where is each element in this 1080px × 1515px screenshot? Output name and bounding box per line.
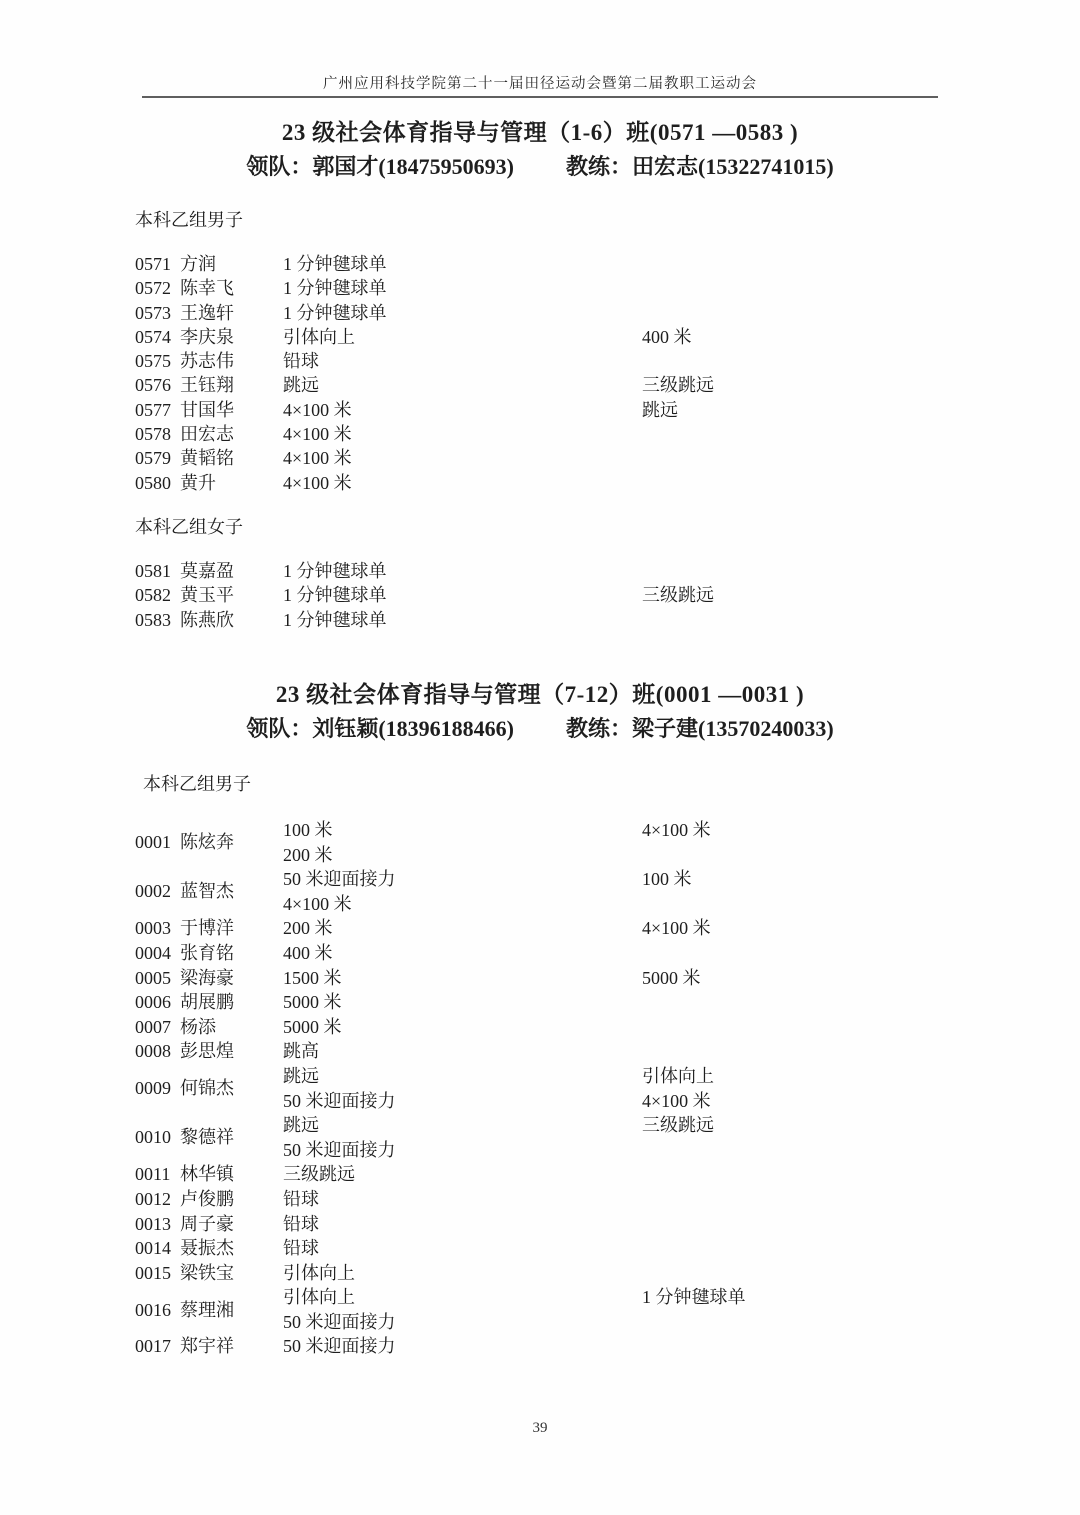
events-secondary: 4×100 米: [642, 818, 1080, 867]
athlete-number: 0579: [135, 446, 180, 470]
athlete-number: 0011: [135, 1162, 180, 1187]
class-block: 23 级社会体育指导与管理（7-12）班(0001 —0031 )领队：刘钰颖(…: [0, 680, 1080, 1359]
events-primary: 引体向上50 米迎面接力: [283, 1285, 642, 1334]
events-primary: 4×100 米: [283, 422, 642, 446]
athlete-number: 0017: [135, 1334, 180, 1359]
athlete-number: 0015: [135, 1261, 180, 1286]
events-primary: 跳远50 米迎面接力: [283, 1064, 642, 1113]
events-primary: 5000 米: [283, 1015, 642, 1040]
athlete-number: 0002: [135, 879, 180, 904]
athlete-row: 0010黎德祥跳远50 米迎面接力三级跳远: [0, 1113, 1080, 1162]
event-primary: 50 米迎面接力: [283, 1334, 642, 1359]
events-secondary: [642, 1261, 1080, 1286]
athlete-name: 方润: [180, 252, 283, 276]
athlete-number: 0007: [135, 1015, 180, 1040]
athlete-name: 黄玉平: [180, 583, 283, 607]
events-secondary: [642, 422, 1080, 446]
athlete-number: 0005: [135, 966, 180, 991]
event-primary: 三级跳远: [283, 1162, 642, 1187]
athlete-row: 0582黄玉平1 分钟毽球单三级跳远: [0, 583, 1080, 607]
athlete-number: 0573: [135, 301, 180, 325]
events-primary: 铅球: [283, 1236, 642, 1261]
group-label: 本科乙组女子: [135, 515, 1080, 539]
athlete-name: 蔡理湘: [180, 1298, 283, 1323]
event-primary: 跳远: [283, 373, 642, 397]
events-primary: 引体向上: [283, 325, 642, 349]
athlete-number: 0004: [135, 941, 180, 966]
block-staff: 领队：刘钰颖(18396188466)教练：梁子建(13570240033): [0, 714, 1080, 744]
events-secondary: 1 分钟毽球单: [642, 1285, 1080, 1334]
event-primary: 跳远: [283, 1113, 642, 1138]
athlete-name: 郑宇祥: [180, 1334, 283, 1359]
event-primary: 1 分钟毽球单: [283, 252, 642, 276]
event-primary: 跳高: [283, 1039, 642, 1064]
athlete-row: 0577甘国华4×100 米跳远: [0, 398, 1080, 422]
events-primary: 跳远50 米迎面接力: [283, 1113, 642, 1162]
athlete-row: 0574李庆泉引体向上400 米: [0, 325, 1080, 349]
events-secondary: 4×100 米: [642, 916, 1080, 941]
athlete-name: 周子豪: [180, 1212, 283, 1237]
athlete-number: 0012: [135, 1187, 180, 1212]
event-secondary: 三级跳远: [642, 373, 1080, 397]
class-block: 23 级社会体育指导与管理（1-6）班(0571 —0583 )领队：郭国才(1…: [0, 118, 1080, 632]
events-primary: 1 分钟毽球单: [283, 252, 642, 276]
events-secondary: [642, 471, 1080, 495]
athlete-rows: 0001陈炫奔100 米200 米4×100 米0002蓝智杰50 米迎面接力4…: [0, 818, 1080, 1359]
event-primary: 铅球: [283, 1187, 642, 1212]
event-primary: 引体向上: [283, 1285, 642, 1310]
event-primary: 铅球: [283, 1212, 642, 1237]
athlete-row: 0006胡展鹏5000 米: [0, 990, 1080, 1015]
events-primary: 100 米200 米: [283, 818, 642, 867]
events-secondary: [642, 559, 1080, 583]
athlete-name: 梁海豪: [180, 966, 283, 991]
event-primary: 1 分钟毽球单: [283, 301, 642, 325]
event-secondary: 400 米: [642, 325, 1080, 349]
events-secondary: [642, 990, 1080, 1015]
events-primary: 4×100 米: [283, 446, 642, 470]
athlete-row: 0013周子豪铅球: [0, 1212, 1080, 1237]
event-primary: 400 米: [283, 941, 642, 966]
athlete-name: 苏志伟: [180, 349, 283, 373]
events-secondary: [642, 1162, 1080, 1187]
event-secondary: 跳远: [642, 398, 1080, 422]
events-primary: 铅球: [283, 349, 642, 373]
event-secondary: 三级跳远: [642, 1113, 1080, 1138]
events-primary: 1500 米: [283, 966, 642, 991]
athlete-row: 0578田宏志4×100 米: [0, 422, 1080, 446]
athlete-row: 0573王逸轩1 分钟毽球单: [0, 301, 1080, 325]
athlete-row: 0575苏志伟铅球: [0, 349, 1080, 373]
events-primary: 5000 米: [283, 990, 642, 1015]
athlete-name: 黎德祥: [180, 1125, 283, 1150]
athlete-row: 0016蔡理湘引体向上50 米迎面接力1 分钟毽球单: [0, 1285, 1080, 1334]
event-primary: 铅球: [283, 1236, 642, 1261]
athlete-row: 0580黄升4×100 米: [0, 471, 1080, 495]
event-secondary: 4×100 米: [642, 916, 1080, 941]
athlete-name: 何锦杰: [180, 1076, 283, 1101]
event-primary: 4×100 米: [283, 422, 642, 446]
athlete-number: 0577: [135, 398, 180, 422]
athlete-rows: 0581莫嘉盈1 分钟毽球单0582黄玉平1 分钟毽球单三级跳远0583陈燕欣1…: [0, 559, 1080, 632]
events-primary: 跳高: [283, 1039, 642, 1064]
athlete-number: 0583: [135, 608, 180, 632]
events-secondary: [642, 941, 1080, 966]
events-primary: 1 分钟毽球单: [283, 301, 642, 325]
event-secondary: 5000 米: [642, 966, 1080, 991]
athlete-number: 0581: [135, 559, 180, 583]
athlete-row: 0015梁铁宝引体向上: [0, 1261, 1080, 1286]
event-primary: 1500 米: [283, 966, 642, 991]
event-primary: 4×100 米: [283, 446, 642, 470]
athlete-number: 0580: [135, 471, 180, 495]
athlete-row: 0583陈燕欣1 分钟毽球单: [0, 608, 1080, 632]
athlete-name: 田宏志: [180, 422, 283, 446]
event-primary: 引体向上: [283, 325, 642, 349]
athlete-number: 0582: [135, 583, 180, 607]
event-primary: 50 米迎面接力: [283, 1138, 642, 1163]
events-secondary: [642, 1015, 1080, 1040]
athlete-number: 0013: [135, 1212, 180, 1237]
athlete-name: 于博洋: [180, 916, 283, 941]
athlete-row: 0004张育铭400 米: [0, 941, 1080, 966]
athlete-row: 0572陈幸飞1 分钟毽球单: [0, 276, 1080, 300]
events-primary: 1 分钟毽球单: [283, 276, 642, 300]
athlete-name: 蓝智杰: [180, 879, 283, 904]
event-primary: 4×100 米: [283, 471, 642, 495]
events-secondary: 三级跳远: [642, 373, 1080, 397]
event-primary: 引体向上: [283, 1261, 642, 1286]
event-primary: 跳远: [283, 1064, 642, 1089]
event-primary: 50 米迎面接力: [283, 867, 642, 892]
events-secondary: [642, 349, 1080, 373]
events-primary: 4×100 米: [283, 471, 642, 495]
athlete-row: 0571方润1 分钟毽球单: [0, 252, 1080, 276]
page-number: 39: [0, 1420, 1080, 1437]
event-primary: 100 米: [283, 818, 642, 843]
events-primary: 200 米: [283, 916, 642, 941]
event-secondary: 引体向上: [642, 1064, 1080, 1089]
events-primary: 50 米迎面接力4×100 米: [283, 867, 642, 916]
athlete-name: 王逸轩: [180, 301, 283, 325]
athlete-rows: 0571方润1 分钟毽球单0572陈幸飞1 分钟毽球单0573王逸轩1 分钟毽球…: [0, 252, 1080, 495]
athlete-group: 本科乙组男子0001陈炫奔100 米200 米4×100 米0002蓝智杰50 …: [0, 772, 1080, 1359]
group-label: 本科乙组男子: [143, 772, 1080, 796]
athlete-name: 彭思煌: [180, 1039, 283, 1064]
athlete-name: 聂振杰: [180, 1236, 283, 1261]
athlete-number: 0016: [135, 1298, 180, 1323]
athlete-number: 0571: [135, 252, 180, 276]
events-primary: 三级跳远: [283, 1162, 642, 1187]
athlete-number: 0010: [135, 1125, 180, 1150]
coach-text: 教练：田宏志(15322741015): [566, 154, 834, 179]
events-secondary: [642, 1236, 1080, 1261]
athlete-name: 林华镇: [180, 1162, 283, 1187]
events-secondary: [642, 1187, 1080, 1212]
events-secondary: [642, 301, 1080, 325]
events-secondary: 三级跳远: [642, 1113, 1080, 1162]
events-secondary: 5000 米: [642, 966, 1080, 991]
athlete-name: 黄升: [180, 471, 283, 495]
athlete-row: 0008彭思煌跳高: [0, 1039, 1080, 1064]
coach-text: 教练：梁子建(13570240033): [566, 716, 834, 741]
athlete-row: 0576王钰翔跳远三级跳远: [0, 373, 1080, 397]
events-primary: 1 分钟毽球单: [283, 583, 642, 607]
events-primary: 50 米迎面接力: [283, 1334, 642, 1359]
header-divider: [142, 96, 938, 98]
athlete-number: 0576: [135, 373, 180, 397]
athlete-number: 0574: [135, 325, 180, 349]
event-primary: 4×100 米: [283, 892, 642, 917]
athlete-name: 陈幸飞: [180, 276, 283, 300]
athlete-number: 0001: [135, 830, 180, 855]
athlete-name: 杨添: [180, 1015, 283, 1040]
events-primary: 铅球: [283, 1187, 642, 1212]
events-primary: 跳远: [283, 373, 642, 397]
event-primary: 200 米: [283, 843, 642, 868]
athlete-number: 0014: [135, 1236, 180, 1261]
block-staff: 领队：郭国才(18475950693)教练：田宏志(15322741015): [0, 152, 1080, 182]
event-secondary: 1 分钟毽球单: [642, 1285, 1080, 1310]
events-primary: 1 分钟毽球单: [283, 608, 642, 632]
event-secondary: 三级跳远: [642, 583, 1080, 607]
event-secondary: 4×100 米: [642, 1089, 1080, 1114]
athlete-row: 0001陈炫奔100 米200 米4×100 米: [0, 818, 1080, 867]
events-secondary: [642, 1334, 1080, 1359]
athlete-name: 莫嘉盈: [180, 559, 283, 583]
events-secondary: [642, 446, 1080, 470]
athlete-number: 0003: [135, 916, 180, 941]
athlete-row: 0581莫嘉盈1 分钟毽球单: [0, 559, 1080, 583]
block-title: 23 级社会体育指导与管理（1-6）班(0571 —0583 ): [0, 118, 1080, 148]
event-secondary: 100 米: [642, 867, 1080, 892]
events-secondary: 100 米: [642, 867, 1080, 916]
athlete-row: 0005梁海豪1500 米5000 米: [0, 966, 1080, 991]
events-secondary: 400 米: [642, 325, 1080, 349]
block-title: 23 级社会体育指导与管理（7-12）班(0001 —0031 ): [0, 680, 1080, 710]
event-primary: 铅球: [283, 349, 642, 373]
events-primary: 4×100 米: [283, 398, 642, 422]
athlete-name: 甘国华: [180, 398, 283, 422]
athlete-row: 0579黄韬铭4×100 米: [0, 446, 1080, 470]
events-primary: 1 分钟毽球单: [283, 559, 642, 583]
events-secondary: [642, 1212, 1080, 1237]
athlete-group: 本科乙组男子0571方润1 分钟毽球单0572陈幸飞1 分钟毽球单0573王逸轩…: [0, 208, 1080, 495]
athlete-name: 王钰翔: [180, 373, 283, 397]
event-primary: 1 分钟毽球单: [283, 276, 642, 300]
leader-text: 领队：刘钰颖(18396188466): [246, 716, 514, 741]
athlete-number: 0578: [135, 422, 180, 446]
events-primary: 引体向上: [283, 1261, 642, 1286]
athlete-name: 胡展鹏: [180, 990, 283, 1015]
document-header: 广州应用科技学院第二十一届田径运动会暨第二届教职工运动会: [0, 72, 1080, 93]
athlete-row: 0012卢俊鹏铅球: [0, 1187, 1080, 1212]
event-primary: 5000 米: [283, 1015, 642, 1040]
events-secondary: 三级跳远: [642, 583, 1080, 607]
athlete-row: 0011林华镇三级跳远: [0, 1162, 1080, 1187]
athlete-row: 0007杨添5000 米: [0, 1015, 1080, 1040]
group-label: 本科乙组男子: [135, 208, 1080, 232]
event-primary: 50 米迎面接力: [283, 1089, 642, 1114]
events-secondary: [642, 252, 1080, 276]
events-primary: 铅球: [283, 1212, 642, 1237]
athlete-group: 本科乙组女子0581莫嘉盈1 分钟毽球单0582黄玉平1 分钟毽球单三级跳远05…: [0, 515, 1080, 632]
athlete-number: 0572: [135, 276, 180, 300]
events-secondary: [642, 1039, 1080, 1064]
athlete-name: 陈炫奔: [180, 830, 283, 855]
athlete-number: 0006: [135, 990, 180, 1015]
event-primary: 4×100 米: [283, 398, 642, 422]
event-secondary: 4×100 米: [642, 818, 1080, 843]
athlete-number: 0575: [135, 349, 180, 373]
athlete-name: 李庆泉: [180, 325, 283, 349]
athlete-row: 0003于博洋200 米4×100 米: [0, 916, 1080, 941]
athlete-name: 梁铁宝: [180, 1261, 283, 1286]
event-primary: 1 分钟毽球单: [283, 608, 642, 632]
athlete-number: 0008: [135, 1039, 180, 1064]
athlete-row: 0002蓝智杰50 米迎面接力4×100 米100 米: [0, 867, 1080, 916]
athlete-row: 0017郑宇祥50 米迎面接力: [0, 1334, 1080, 1359]
athlete-row: 0014聂振杰铅球: [0, 1236, 1080, 1261]
leader-text: 领队：郭国才(18475950693): [246, 154, 514, 179]
athlete-number: 0009: [135, 1076, 180, 1101]
events-primary: 400 米: [283, 941, 642, 966]
event-primary: 5000 米: [283, 990, 642, 1015]
athlete-name: 张育铭: [180, 941, 283, 966]
document-page: 广州应用科技学院第二十一届田径运动会暨第二届教职工运动会 23 级社会体育指导与…: [0, 0, 1080, 1515]
athlete-name: 黄韬铭: [180, 446, 283, 470]
athlete-row: 0009何锦杰跳远50 米迎面接力引体向上4×100 米: [0, 1064, 1080, 1113]
events-secondary: [642, 276, 1080, 300]
event-primary: 200 米: [283, 916, 642, 941]
events-secondary: 跳远: [642, 398, 1080, 422]
event-primary: 50 米迎面接力: [283, 1310, 642, 1335]
athlete-name: 卢俊鹏: [180, 1187, 283, 1212]
events-secondary: [642, 608, 1080, 632]
event-primary: 1 分钟毽球单: [283, 559, 642, 583]
events-secondary: 引体向上4×100 米: [642, 1064, 1080, 1113]
athlete-name: 陈燕欣: [180, 608, 283, 632]
event-primary: 1 分钟毽球单: [283, 583, 642, 607]
